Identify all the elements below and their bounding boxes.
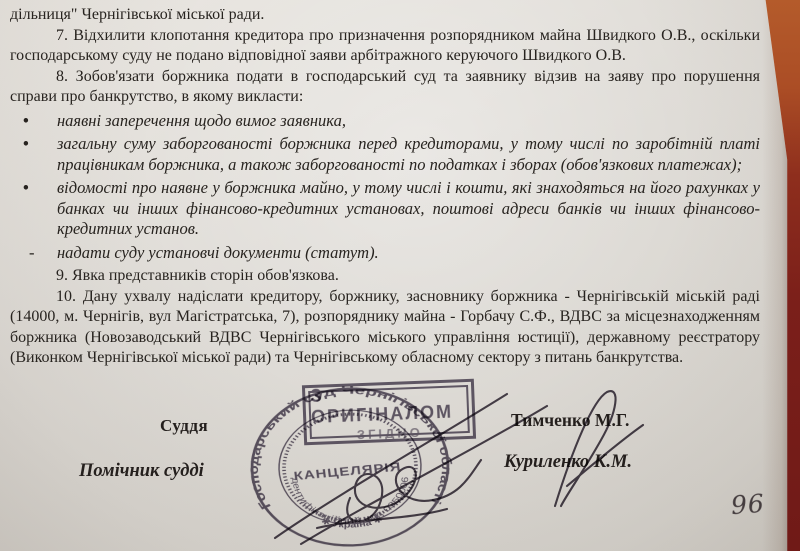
paragraph-8: 8. Зобов'язати боржника подати в господа… bbox=[10, 67, 760, 108]
list-item-text: надати суду установчі документи (статут)… bbox=[57, 243, 379, 262]
photo-background: дільниця" Чернігівської міської ради. 7.… bbox=[0, 0, 800, 551]
dash-icon: - bbox=[29, 243, 35, 264]
list-item-text: відомості про наявне у боржника майно, у… bbox=[57, 178, 760, 238]
assistant-judge-label: Помічник судді bbox=[79, 461, 204, 482]
bullet-icon: • bbox=[23, 178, 29, 199]
signature-autograph bbox=[255, 378, 655, 551]
list-item-text: загальну суму заборгованості боржника пе… bbox=[57, 134, 760, 174]
paragraph-7: 7. Відхилити клопотання кредитора про пр… bbox=[10, 26, 760, 67]
document-text: дільниця" Чернігівської міської ради. 7.… bbox=[10, 5, 760, 369]
list-item: • наявні заперечення щодо вимог заявника… bbox=[10, 111, 760, 132]
paragraph-10: 10. Дану ухвалу надіслати кредитору, бор… bbox=[10, 287, 760, 369]
paragraph-9: 9. Явка представників сторін обов'язкова… bbox=[10, 266, 760, 287]
list-item: • відомості про наявне у боржника майно,… bbox=[10, 178, 760, 240]
bullet-icon: • bbox=[23, 134, 29, 155]
list-item: - надати суду установчі документи (стату… bbox=[10, 243, 760, 264]
page-number-handwritten: 96 bbox=[730, 489, 766, 520]
list-item: • загальну суму заборгованості боржника … bbox=[10, 134, 760, 175]
bullet-list: • наявні заперечення щодо вимог заявника… bbox=[10, 111, 760, 264]
judge-label: Суддя bbox=[160, 416, 208, 436]
intro-line: дільниця" Чернігівської міської ради. bbox=[10, 5, 760, 26]
list-item-text: наявні заперечення щодо вимог заявника, bbox=[57, 111, 346, 130]
bullet-icon: • bbox=[23, 111, 29, 132]
